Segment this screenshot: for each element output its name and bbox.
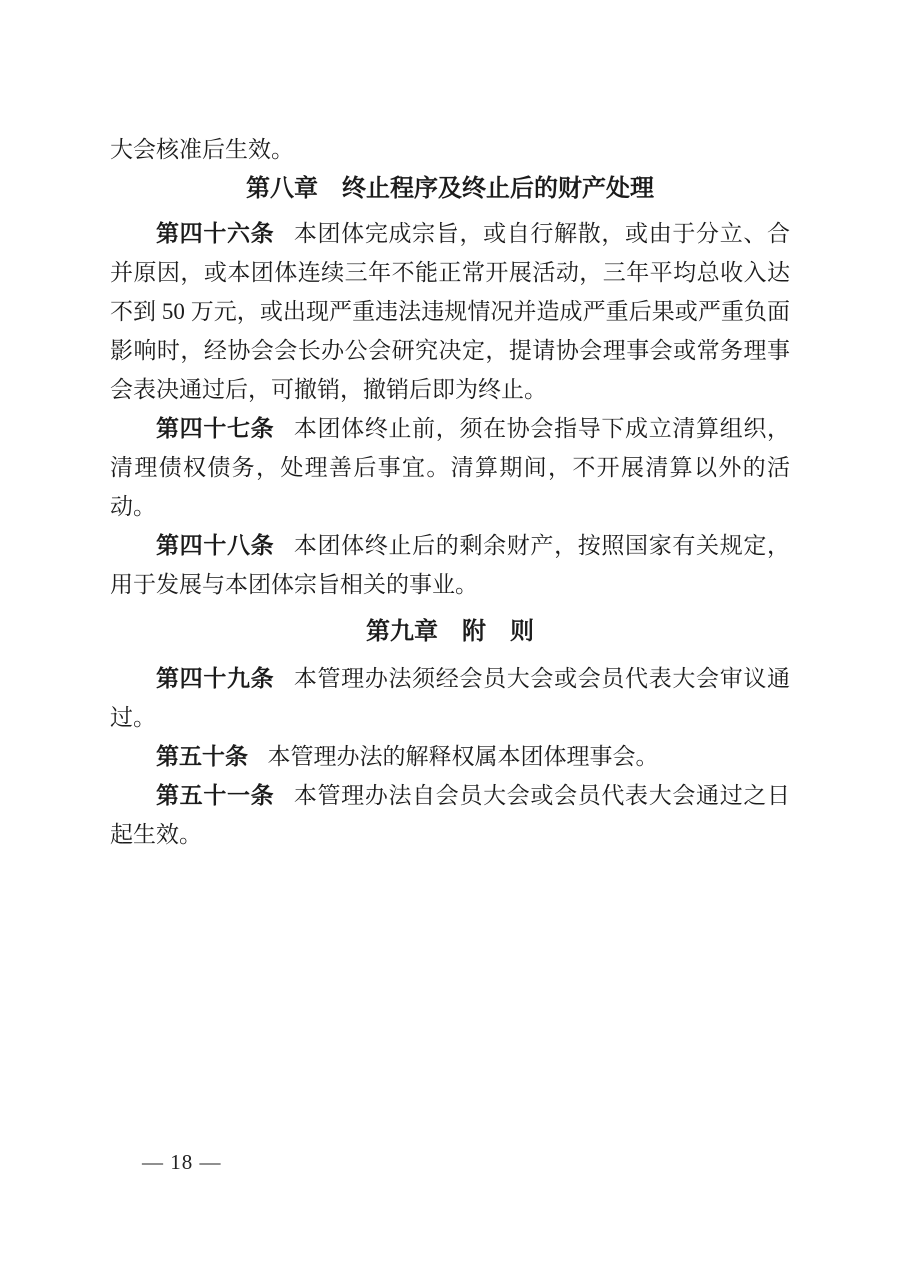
document-body: 大会核准后生效。 第八章 终止程序及终止后的财产处理 第四十六条本团体完成宗旨，… — [110, 130, 790, 854]
article-47-number: 第四十七条 — [156, 416, 274, 441]
article-48: 第四十八条本团体终止后的剩余财产，按照国家有关规定，用于发展与本团体宗旨相关的事… — [110, 526, 790, 604]
chapter-9-heading: 第九章 附 则 — [110, 612, 790, 651]
article-47: 第四十七条本团体终止前，须在协会指导下成立清算组织，清理债权债务，处理善后事宜。… — [110, 409, 790, 526]
article-46-number: 第四十六条 — [156, 221, 274, 246]
article-50: 第五十条本管理办法的解释权属本团体理事会。 — [110, 737, 790, 776]
article-50-number: 第五十条 — [156, 744, 248, 769]
page-number-footer: — 18 — — [142, 1149, 222, 1175]
article-49-number: 第四十九条 — [156, 666, 274, 691]
article-51-number: 第五十一条 — [156, 783, 274, 808]
article-51: 第五十一条本管理办法自会员大会或会员代表大会通过之日起生效。 — [110, 776, 790, 854]
document-page: 大会核准后生效。 第八章 终止程序及终止后的财产处理 第四十六条本团体完成宗旨，… — [0, 0, 900, 1273]
carryover-paragraph: 大会核准后生效。 — [110, 130, 790, 169]
article-48-number: 第四十八条 — [156, 533, 274, 558]
article-50-text: 本管理办法的解释权属本团体理事会。 — [268, 744, 659, 769]
article-46-text: 本团体完成宗旨，或自行解散，或由于分立、合并原因，或本团体连续三年不能正常开展活… — [110, 221, 790, 402]
article-46: 第四十六条本团体完成宗旨，或自行解散，或由于分立、合并原因，或本团体连续三年不能… — [110, 214, 790, 409]
chapter-8-heading: 第八章 终止程序及终止后的财产处理 — [110, 169, 790, 208]
article-49: 第四十九条本管理办法须经会员大会或会员代表大会审议通过。 — [110, 659, 790, 737]
